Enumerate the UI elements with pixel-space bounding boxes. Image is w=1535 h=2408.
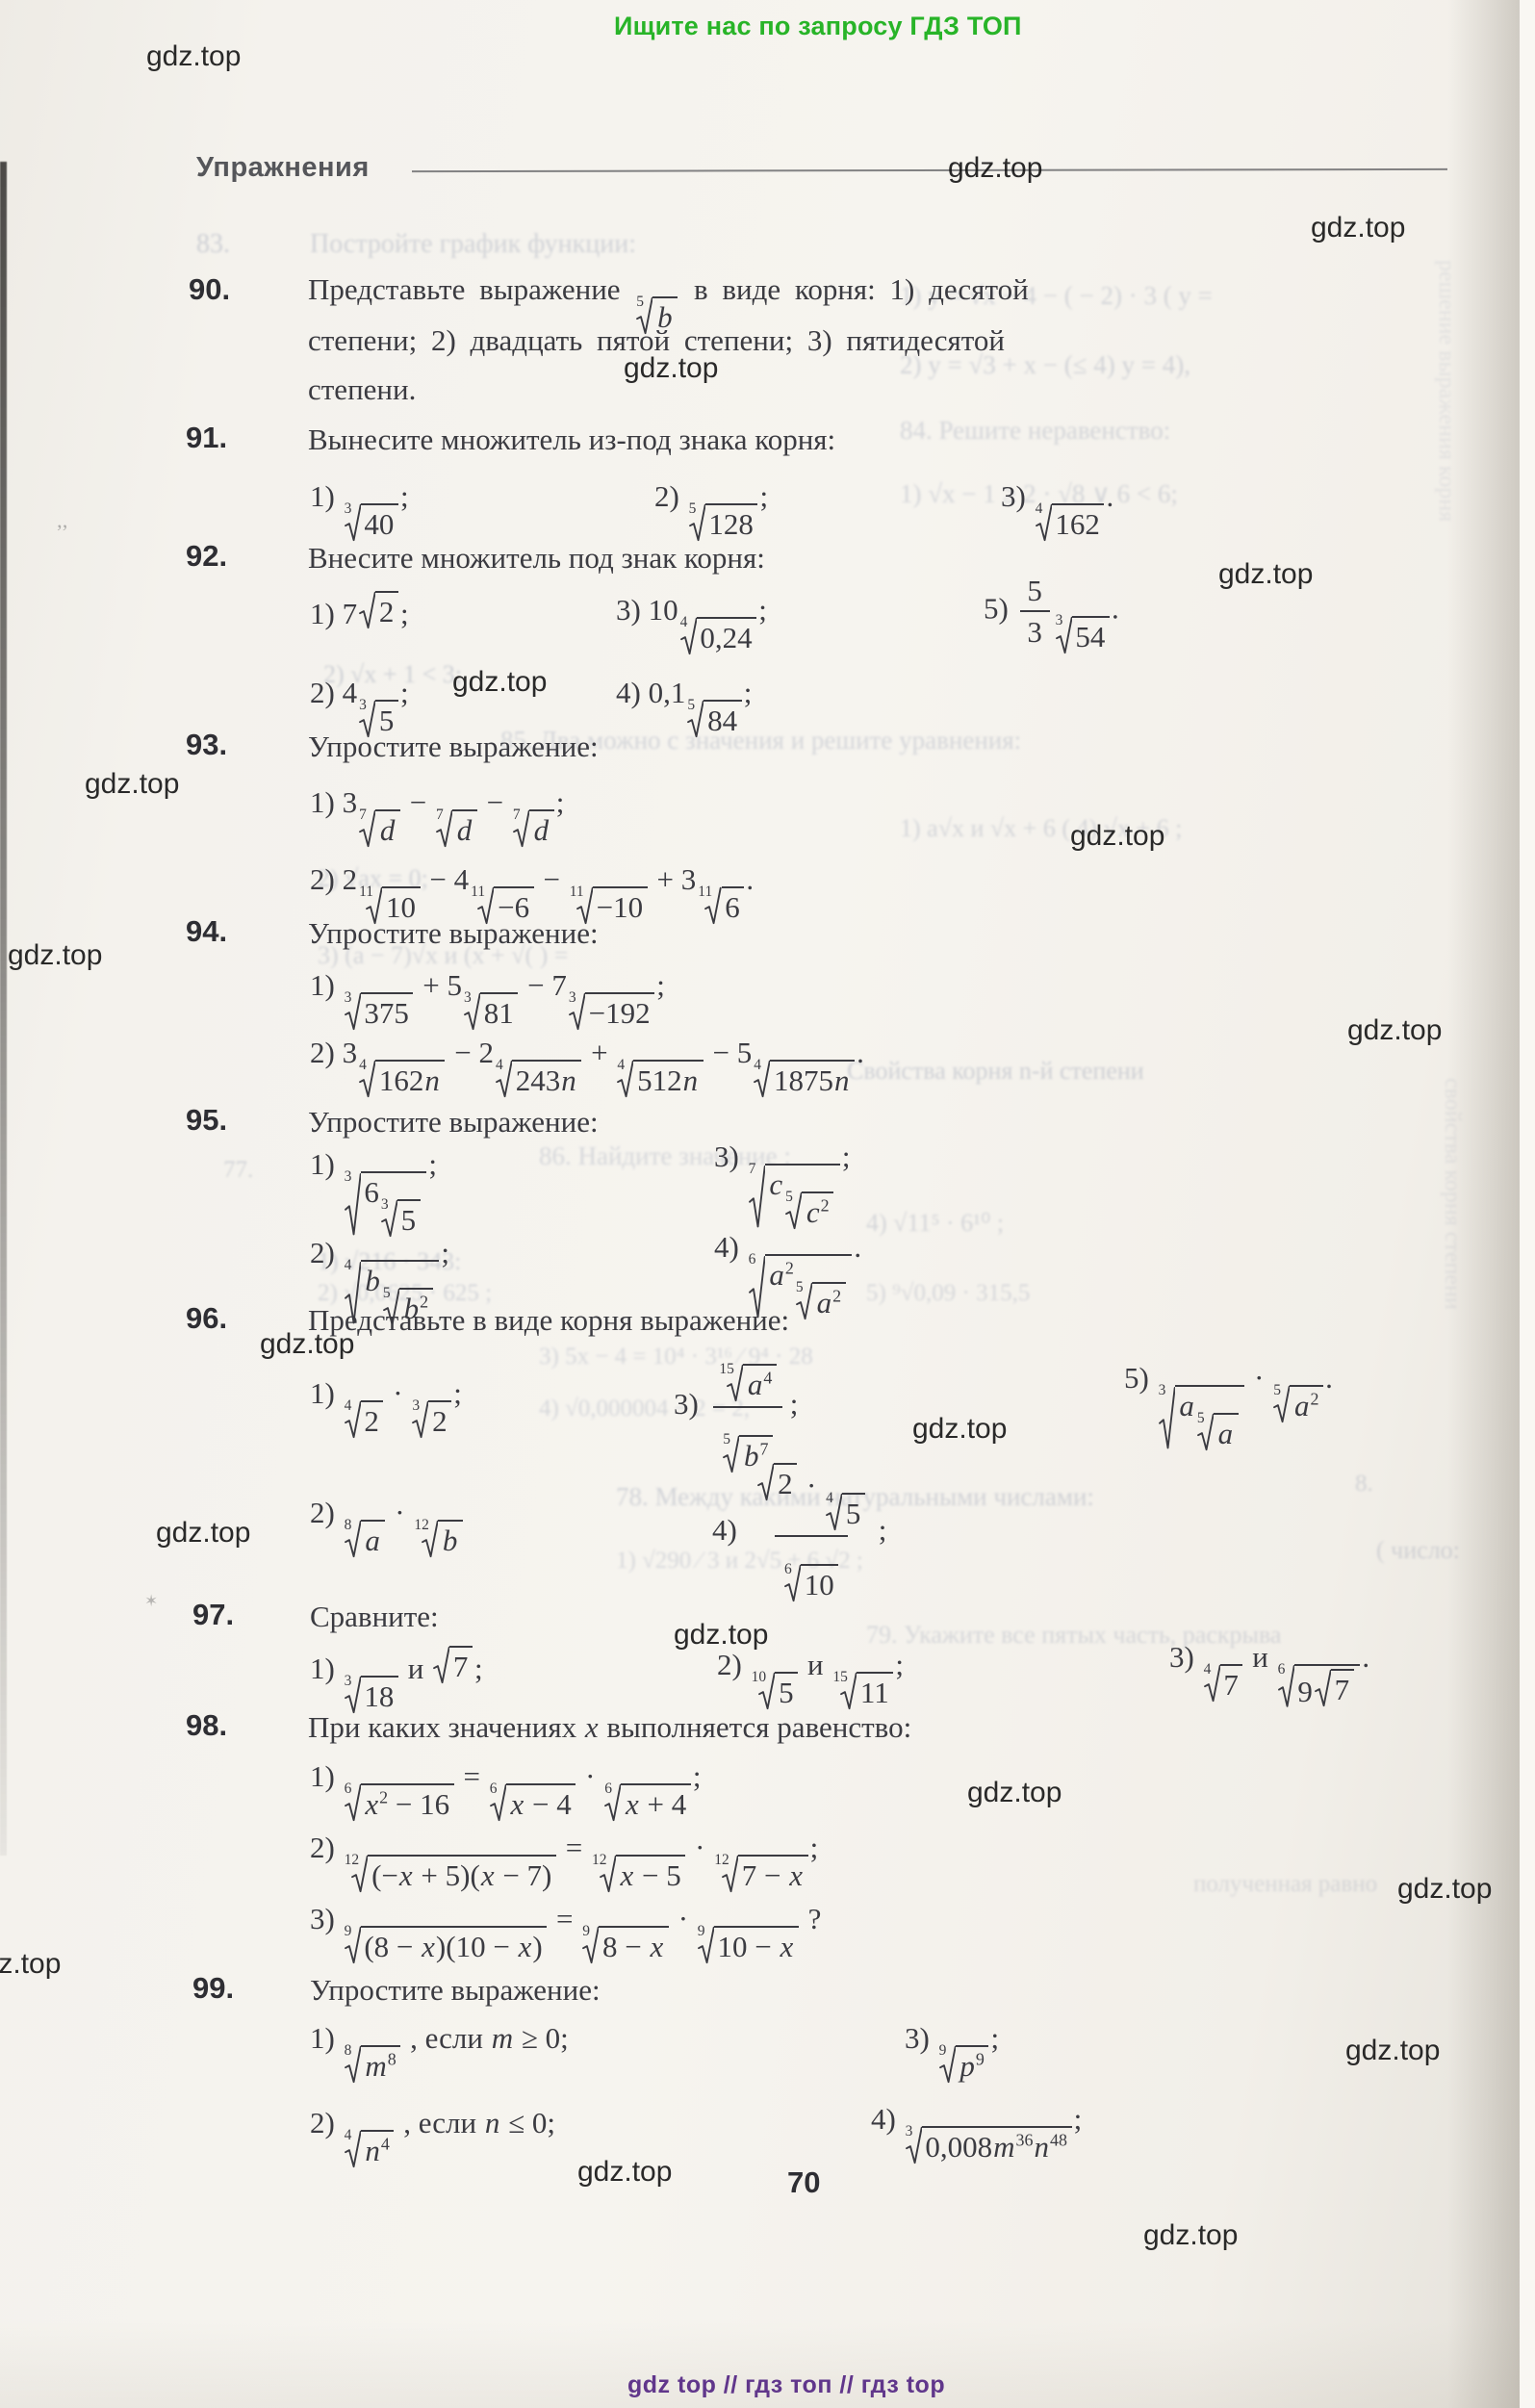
gdz-watermark: gdz.top (260, 1328, 354, 1361)
exercise-item: 2) 12(−x + 5)(x − 7) = 12x − 5 · 127 − x… (310, 1829, 818, 1894)
exercise-item: 2) 8a · 12b (310, 1494, 465, 1559)
exercise-item: 4) 2 · 45610; (712, 1463, 886, 1603)
exercise-number: 99. (192, 1971, 234, 2006)
bleedthrough-text: полученная равно (1193, 1871, 1377, 1898)
scan-left-edge-shadow (0, 162, 7, 1856)
gdz-watermark: gdz.top (1143, 2219, 1238, 2252)
pen-mark: ’’ (56, 520, 68, 545)
exercise-item: 5) 53354. (984, 574, 1119, 655)
exercise-item: 3) 9p9; (905, 2019, 999, 2085)
exercise-item: 3) 7c5c2; (714, 1138, 851, 1231)
page-scan: 83.Постройте график функции:1) y = √x − … (0, 0, 1535, 2408)
exercise-item: 3) 4162. (1001, 477, 1113, 543)
exercise-item: 2) 34162n − 24243n + 4512n − 541875n. (310, 1034, 864, 1099)
exercise-header: Внесите множитель под знак корня: (308, 539, 765, 577)
exercise-number: 93. (186, 728, 227, 762)
exercise-item: 1) 340; (310, 477, 409, 543)
page-number: 70 (787, 2165, 820, 2200)
exercise-header: Упростите выражение: (308, 1103, 599, 1141)
exercise-header: При каких значениях x выполняется равенс… (308, 1708, 911, 1747)
gdz-watermark: gdz.top (1397, 1873, 1492, 1906)
bleedthrough-text: Постройте график функции: (310, 229, 636, 260)
exercise-item: 1) 318 и 7; (310, 1646, 483, 1715)
bleedthrough-text: 4) √11⁵ · 6¹⁰ ; (866, 1209, 1004, 1238)
exercise-item: 1) 42 · 32; (310, 1374, 462, 1440)
gdz-watermark: gdz.top (0, 1948, 61, 1981)
exercise-number: 94. (186, 914, 227, 949)
exercise-number: 92. (186, 539, 227, 574)
bleedthrough-text: 5) ⁹√0,09 · 315,5 (866, 1280, 1030, 1307)
exercise-header: Представьте в виде корня выражение: (308, 1301, 789, 1340)
exercise-item: 1) 37d − 7d − 7d; (310, 783, 564, 849)
exercise-item: 4) 30,008m36n48; (871, 2100, 1082, 2165)
exercise-number: 96. (186, 1301, 227, 1336)
exercise-item: 1) 8m8 , если m ≥ 0; (310, 2019, 569, 2085)
gdz-watermark: gdz.top (912, 1413, 1007, 1446)
exercise-header: Упростите выражение: (310, 1971, 601, 2010)
bleedthrough-text: Свойства корня n-й степени (847, 1057, 1144, 1086)
exercise-item: 2) 4n4 , если n ≤ 0; (310, 2104, 555, 2169)
gdz-watermark: gdz.top (967, 1777, 1062, 1809)
section-rule (412, 168, 1447, 172)
bleedthrough-text: 84. Решите неравенство: (900, 416, 1170, 446)
exercise-item: 3) 9(8 − x)(10 − x) = 98 − x · 910 − x ? (310, 1900, 821, 1965)
exercise-item: 4) 0,1584; (616, 674, 752, 739)
exercise-header: Сравните: (310, 1598, 439, 1636)
gdz-watermark: gdz.top (674, 1619, 768, 1652)
gdz-watermark: gdz.top (146, 40, 241, 73)
page-edge-strip (1520, 0, 1535, 2408)
exercise-item: 1) 72; (310, 591, 409, 633)
exercise-header: Вынесите множитель из-под знака корня: (308, 421, 835, 459)
exercise-item: 2) 105 и 1511; (717, 1646, 904, 1711)
exercise-item: 3) 47 и 697. (1169, 1638, 1369, 1709)
gdz-watermark: gdz.top (1347, 1014, 1442, 1047)
gdz-watermark: gdz.top (1070, 820, 1164, 853)
bottom-shade (0, 2321, 1535, 2408)
gdz-watermark: gdz.top (1311, 212, 1405, 244)
exercise-number: 98. (186, 1708, 227, 1743)
exercise-item: 5) 3a5a · 5a2. (1124, 1359, 1333, 1452)
exercise-item: 3) 1040,24; (616, 591, 767, 656)
gdz-watermark: gdz.top (577, 2156, 672, 2189)
exercise-item: 2) 5128; (654, 477, 768, 543)
exercise-item: 1) 3635; (310, 1145, 437, 1239)
gdz-watermark: gdz.top (156, 1517, 250, 1550)
bleedthrough-text: 77. (223, 1157, 253, 1184)
pen-mark: ✶ (144, 1592, 158, 1611)
exercise-header: Упростите выражение: (308, 914, 599, 953)
exercise-text-line: степени. (308, 371, 416, 409)
gdz-watermark: gdz.top (624, 352, 718, 385)
exercise-number: 95. (186, 1103, 227, 1138)
exercise-number: 90. (189, 272, 230, 307)
gdz-watermark: gdz.top (85, 768, 179, 801)
bleedthrough-text: 8. (1355, 1471, 1373, 1498)
promo-banner-text: Ищите нас по запросу ГДЗ ТОП (614, 12, 1022, 41)
gdz-watermark: gdz.top (1218, 558, 1313, 591)
exercise-item: 1) 6x2 − 16 = 6x − 4 · 6x + 4; (310, 1757, 701, 1823)
exercise-item: 1) 3375 + 5381 − 73−192; (310, 966, 665, 1032)
exercise-header: Упростите выражение: (308, 728, 599, 766)
gdz-watermark: gdz.top (1345, 2035, 1440, 2067)
bleedthrough-text: 83. (196, 229, 230, 260)
section-title: Упражнения (196, 152, 370, 184)
page-curve-shade (1447, 0, 1520, 2408)
gdz-watermark: gdz.top (948, 152, 1042, 185)
gdz-watermark: gdz.top (452, 666, 547, 699)
exercise-number: 91. (186, 421, 227, 455)
exercise-number: 97. (192, 1598, 234, 1632)
gdz-watermark: gdz.top (8, 939, 102, 972)
exercise-item: 3) 15a45b7; (674, 1340, 798, 1474)
